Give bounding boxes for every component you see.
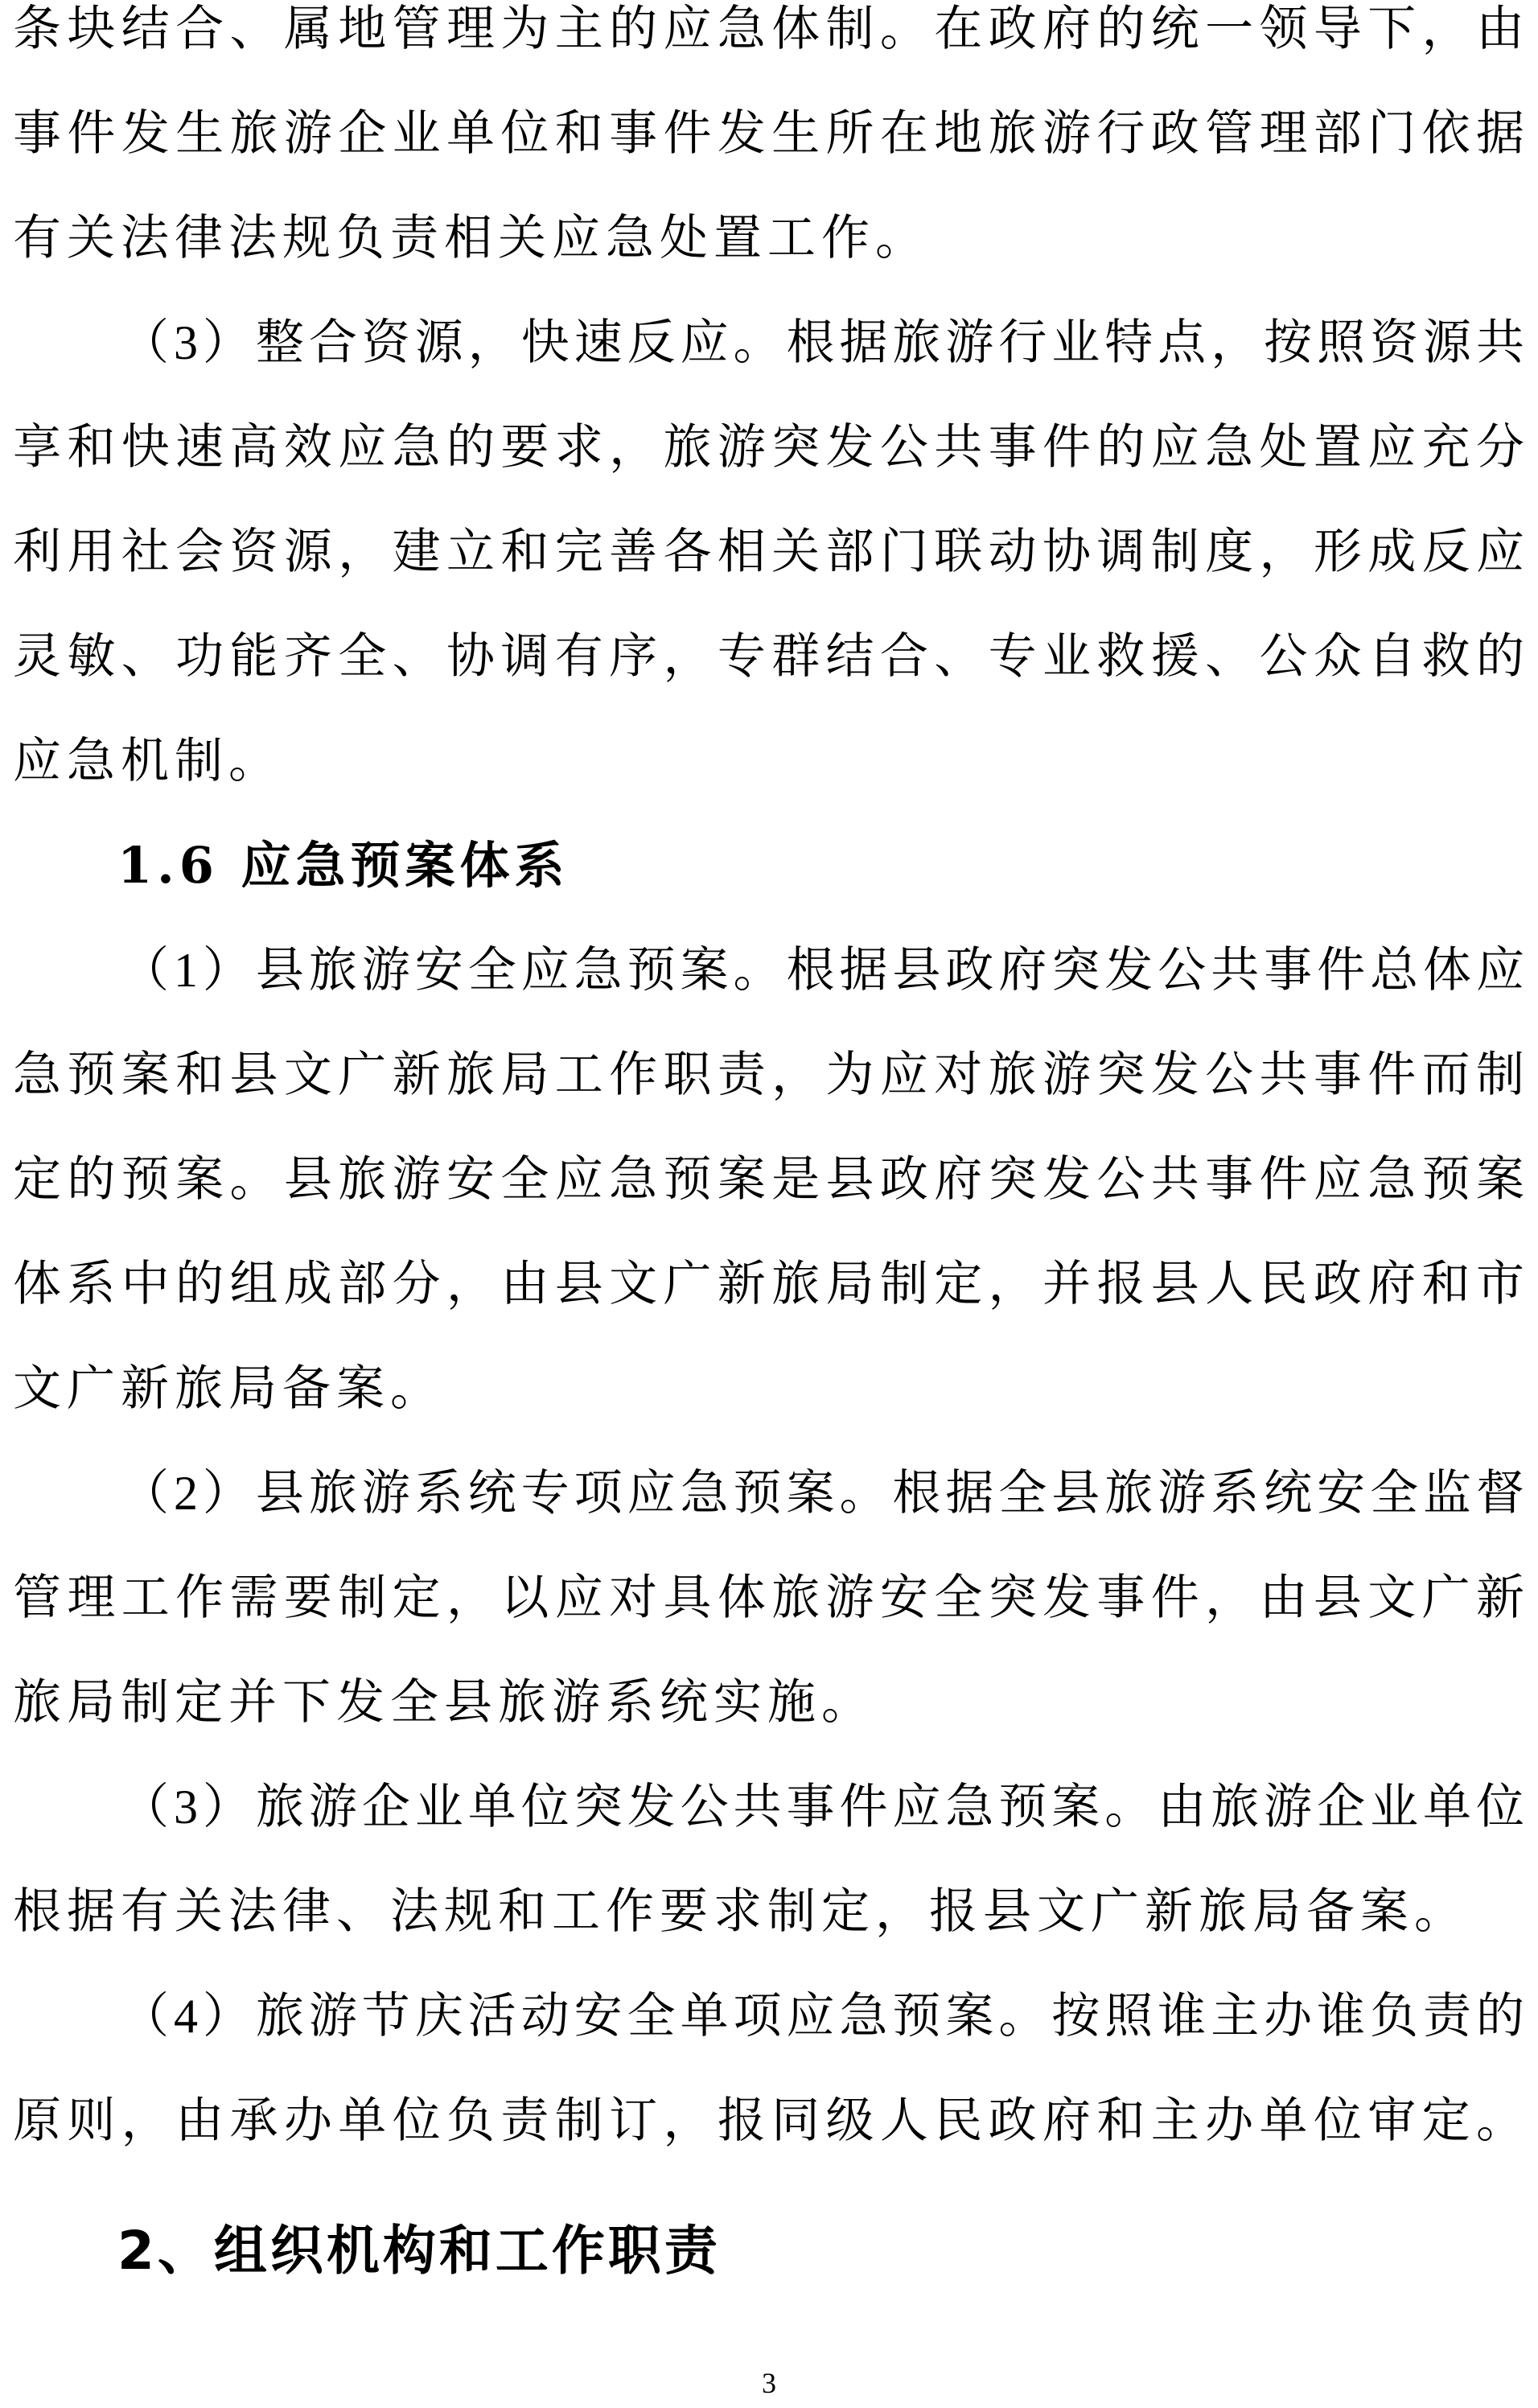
paragraph-line: 管理工作需要制定，以应对具体旅游安全突发事件，由县文广新 [13,1569,1524,1673]
paragraph-line: 文广新旅局备案。 [13,1360,1524,1464]
paragraph-line-item-2: （2）县旅游系统专项应急预案。根据全县旅游系统安全监督 [13,1464,1524,1569]
paragraph-line: 灵敏、功能齐全、协调有序，专群结合、专业救援、公众自救的 [13,628,1524,732]
paragraph-line: 急预案和县文广新旅局工作职责，为应对旅游突发公共事件而制 [13,1046,1524,1150]
paragraph-line-item-3b: （3）旅游企业单位突发公共事件应急预案。由旅游企业单位 [13,1778,1524,1883]
section-heading-1-6: 1.6 应急预案体系 [117,837,569,895]
document-page: 条块结合、属地管理为主的应急体制。在政府的统一领导下，由 事件发生旅游企业单位和… [0,0,1538,2408]
paragraph-line: 根据有关法律、法规和工作要求制定，报县文广新旅局备案。 [13,1883,1524,1987]
paragraph-line: 定的预案。县旅游安全应急预案是县政府突发公共事件应急预案 [13,1150,1524,1255]
paragraph-line: 体系中的组成部分，由县文广新旅局制定，并报县人民政府和市 [13,1255,1524,1360]
paragraph-line: 享和快速高效应急的要求，旅游突发公共事件的应急处置应充分 [13,418,1524,523]
paragraph-line: 利用社会资源，建立和完善各相关部门联动协调制度，形成反应 [13,523,1524,628]
paragraph-line: 旅局制定并下发全县旅游系统实施。 [13,1673,1524,1778]
paragraph-line: 条块结合、属地管理为主的应急体制。在政府的统一领导下，由 [13,0,1524,105]
page-number: 3 [0,2367,1538,2399]
paragraph-line: 应急机制。 [13,732,1524,837]
paragraph-line-item-3: （3）整合资源，快速反应。根据旅游行业特点，按照资源共 [13,314,1524,418]
paragraph-line-item-4: （4）旅游节庆活动安全单项应急预案。按照谁主办谁负责的 [13,1987,1524,2092]
paragraph-line-item-1: （1）县旅游安全应急预案。根据县政府突发公共事件总体应 [13,941,1524,1046]
paragraph-line: 原则，由承办单位负责制订，报同级人民政府和主办单位审定。 [13,2092,1524,2196]
paragraph-line: 有关法律法规负责相关应急处置工作。 [13,209,1524,314]
section-heading-2: 2、组织机构和工作职责 [117,2219,721,2283]
paragraph-line: 事件发生旅游企业单位和事件发生所在地旅游行政管理部门依据 [13,105,1524,209]
